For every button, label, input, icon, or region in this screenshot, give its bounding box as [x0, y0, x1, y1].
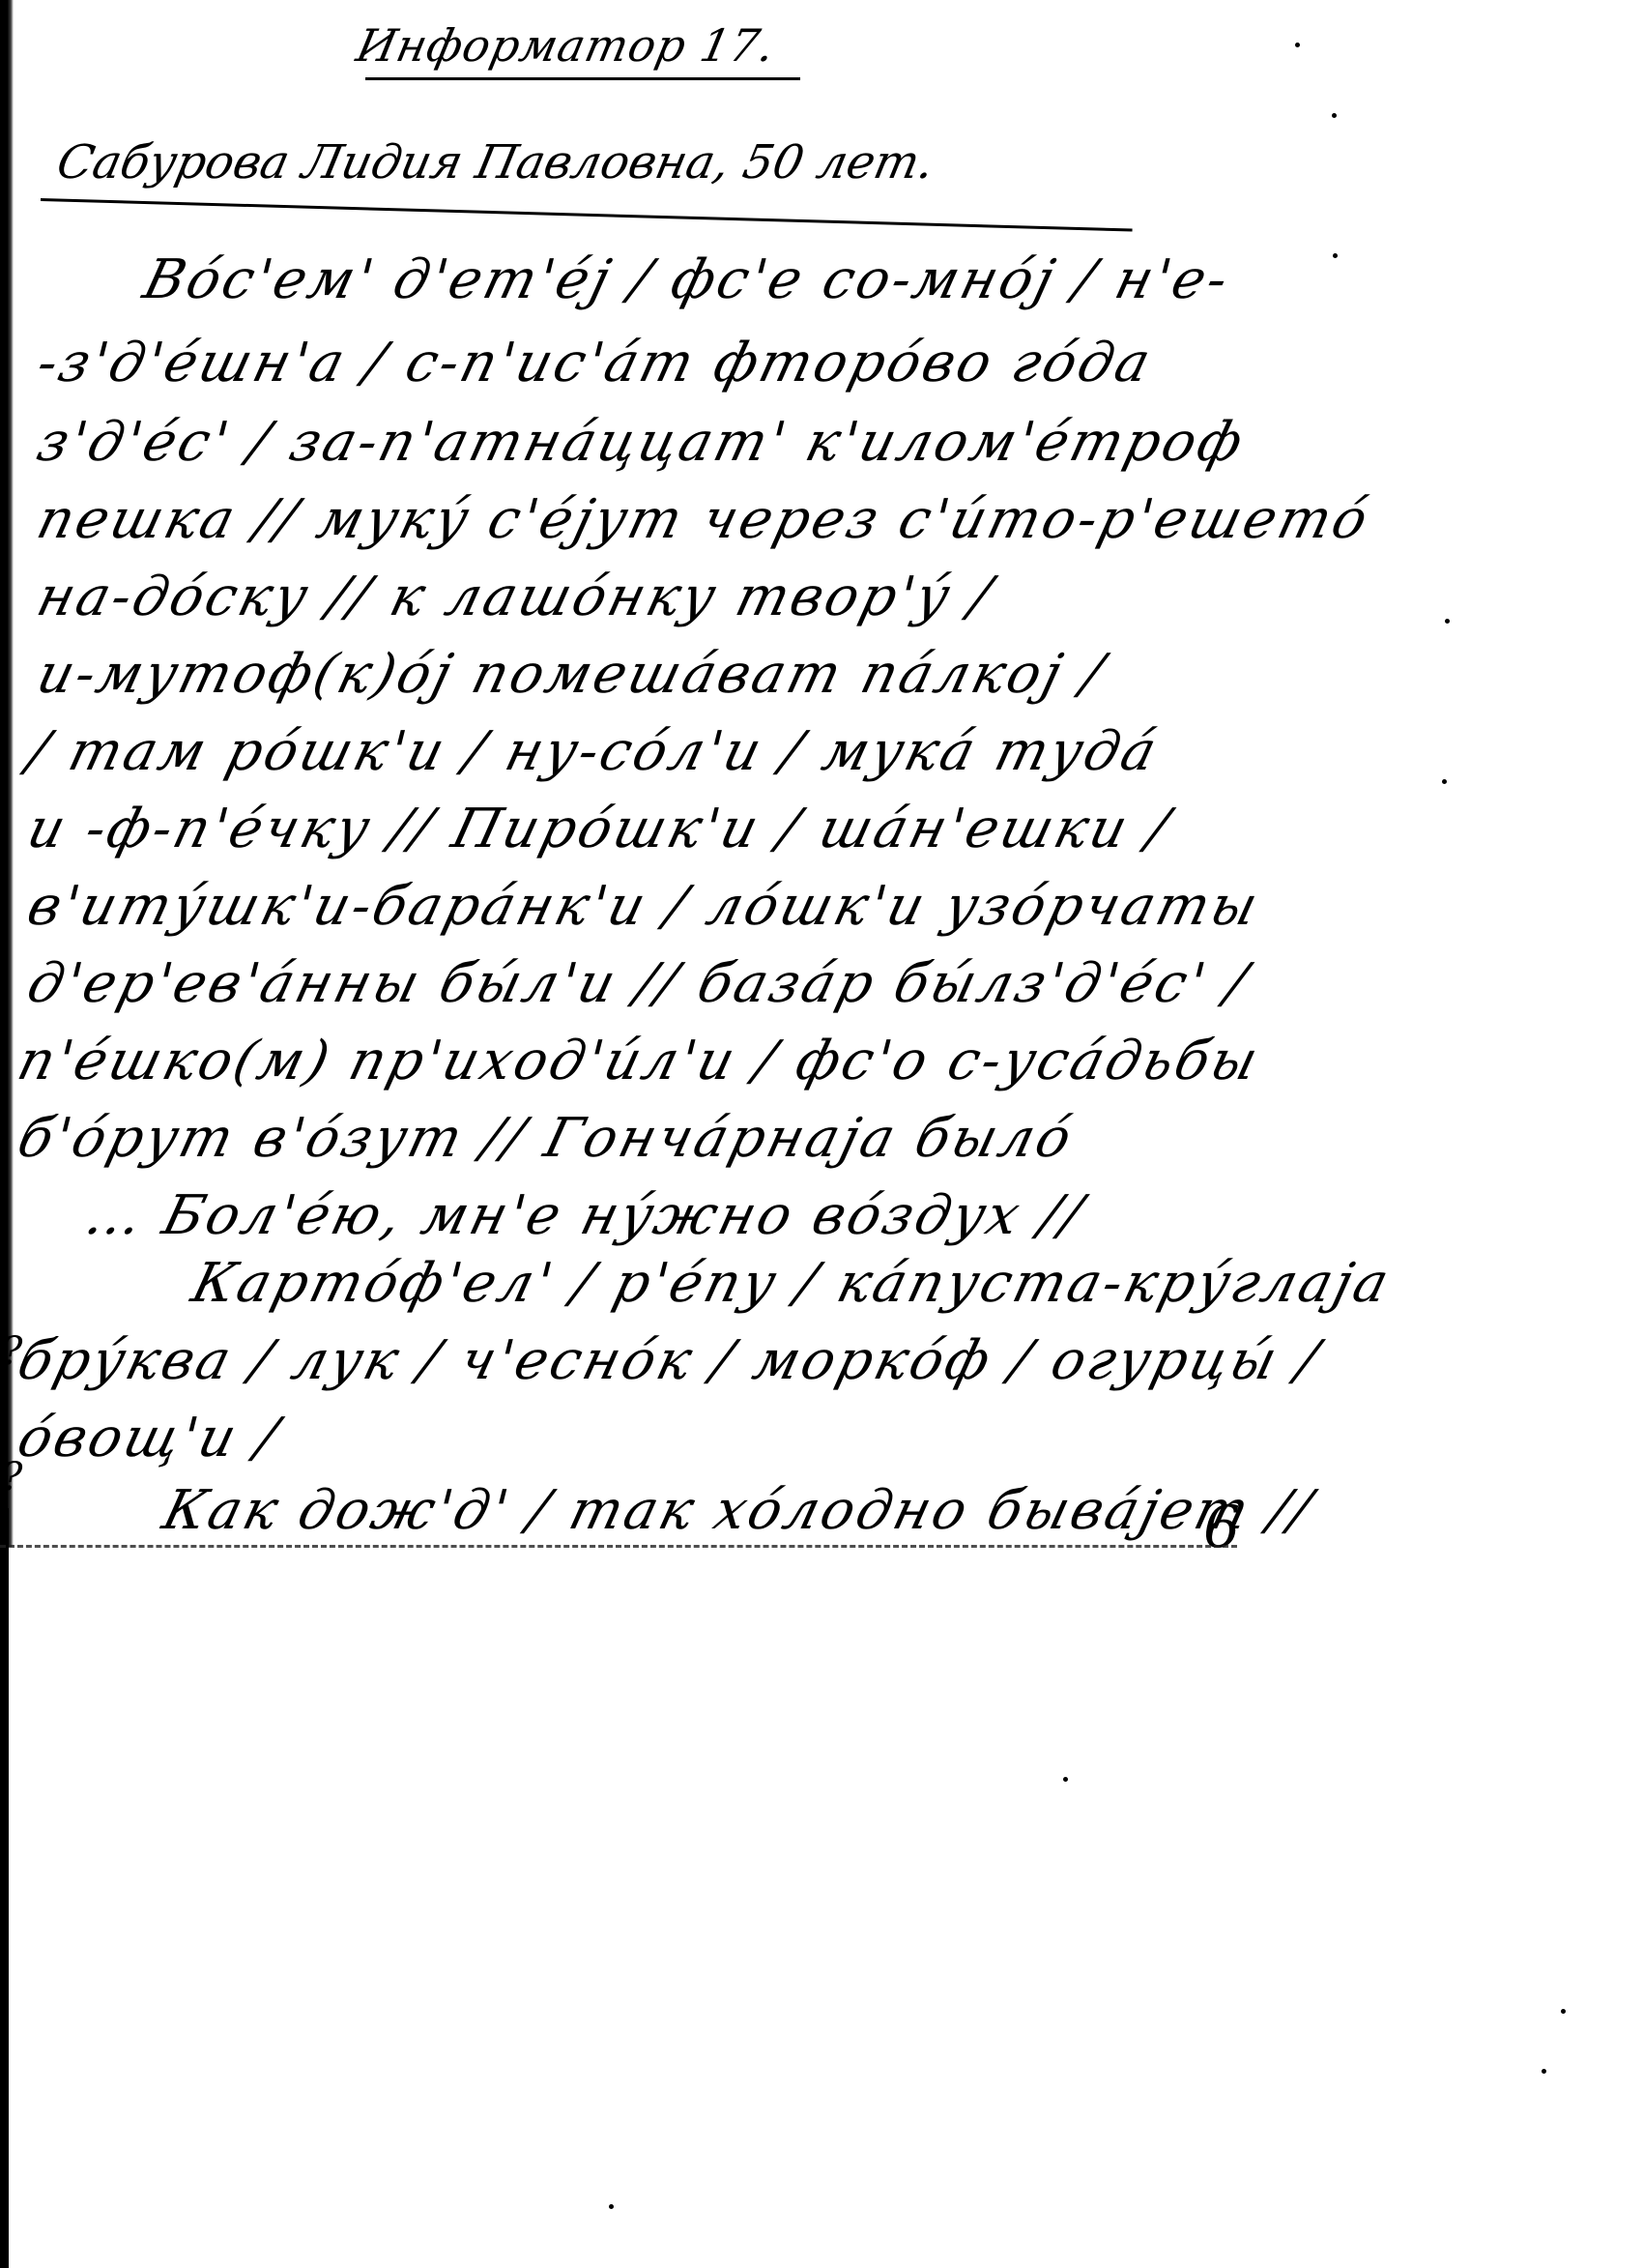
scan-binding-edge — [0, 0, 14, 1547]
scan-binding-edge-lower — [0, 1508, 9, 2268]
transcript-line: … Бол'е́ю, мн'е ну́жно во́здух // — [80, 1189, 1090, 1243]
transcript-line: пешка // мукý с'е́jут через с'и́то-р'еше… — [32, 493, 1375, 547]
transcript-line: в'иту́шк'и-бара́нк'и / ло́шк'и узо́рчаты — [22, 880, 1265, 934]
scan-speck — [1561, 2009, 1566, 2014]
scan-edge-line — [0, 1545, 1237, 1548]
page-number: 6 — [1203, 1494, 1240, 1561]
informant-underline — [41, 198, 1133, 232]
transcript-line: и -ф-п'е́чку // Пиро́шк'и / ша́н'ешки / — [22, 802, 1176, 857]
transcript-line: з'д'е́с' / за-п'атна́ццат' к'илом'е́троф — [32, 416, 1251, 470]
scan-speck — [1442, 779, 1447, 784]
transcript-line: д'ер'ев'а́нны бы́л'и // базáр бы́лз'д'е́… — [22, 957, 1254, 1011]
transcript-line: на-до́ску // к лашо́нку твор'у́ / — [32, 570, 998, 625]
scan-speck — [1295, 43, 1300, 47]
scan-speck — [1063, 1777, 1068, 1782]
transcript-line: Как дож'д' / так хо́лодно быва́jет // — [158, 1484, 1319, 1538]
scan-speck — [1445, 619, 1450, 624]
margin-question-mark: ? — [2, 1455, 22, 1499]
transcript-line: и-мутоф(к)о́j помеша́ват па́лкоj / — [32, 648, 1110, 702]
scan-speck — [609, 2204, 614, 2209]
transcript-line: бру́ква / лук / ч'есно́к / морко́ф / огу… — [13, 1334, 1326, 1388]
transcript-line: -з'д'е́шн'а / с-п'иc'а́т фторо́во го́да — [32, 336, 1158, 391]
transcript-line: о́вощ'и / — [13, 1411, 285, 1466]
page-title: Информатор 17. — [352, 19, 780, 72]
informant-name: Сабурова Лидия Павловна, 50 лет. — [52, 135, 939, 189]
transcript-line: Карто́ф'ел' / р'е́пу / ка́пуста-кру́глаj… — [187, 1257, 1397, 1311]
transcript-line: б'о́рут в'о́зут // Гонча́рнаjа было́ — [13, 1112, 1079, 1166]
scan-speck — [1332, 113, 1337, 118]
transcript-line: п'е́шко(м) пр'иход'и́л'и / фс'о с-уса́дь… — [13, 1034, 1265, 1089]
transcript-line: / там ро́шк'и / ну-со́л'и / мукá туда́ — [22, 725, 1164, 779]
margin-question-mark: ? — [2, 1329, 22, 1374]
title-underline — [365, 77, 800, 80]
transcript-line: Во́с'ем' д'ет'е́j / фс'е со-мно́j / н'е- — [138, 253, 1236, 307]
scan-speck — [1333, 253, 1338, 258]
scan-speck — [1542, 2069, 1546, 2074]
